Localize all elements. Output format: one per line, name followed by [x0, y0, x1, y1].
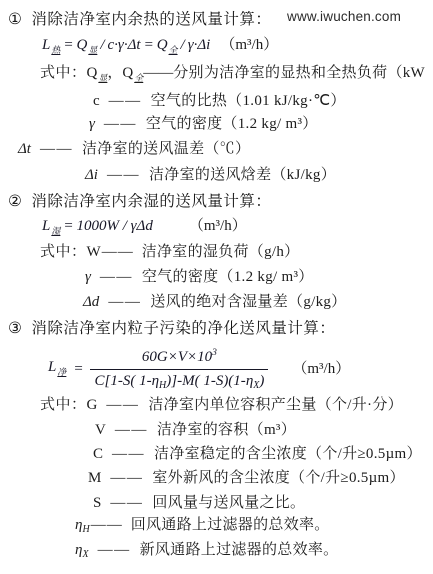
- divide-sign: /: [181, 37, 185, 53]
- definition-line-delta-i: Δi——洁净室的送风焓差（kJ/kg）: [85, 166, 336, 185]
- symbol-S: S: [93, 495, 101, 511]
- shizhong-prefix: 式中：: [40, 397, 87, 413]
- dash: ——: [91, 517, 123, 533]
- equals-sign: =: [63, 37, 73, 53]
- description: 室外新风的含尘浓度（个/升≥0.5µm）: [152, 470, 404, 486]
- description: 回风量与送风量之比。: [152, 495, 305, 511]
- fraction-numerator: 60G×V×103: [90, 344, 268, 369]
- symbol-Q-sensible: Q: [87, 65, 98, 81]
- definition-line-c2: C——洁净室稳定的含尘浓度（个/升≥0.5µm）: [93, 445, 422, 464]
- description: 空气的密度（1.2 kg/ m³）: [146, 116, 318, 132]
- section-2-number: ②: [8, 193, 22, 210]
- var-L: L: [42, 218, 50, 234]
- var-Q-sensible: Q: [76, 37, 87, 53]
- description: 洁净室的送风温差（℃）: [82, 141, 250, 157]
- dash: ——: [98, 542, 131, 558]
- definition-line-delta-t: Δt——洁净室的送风温差（℃）: [18, 140, 250, 159]
- dash: ——: [110, 495, 143, 511]
- var-L: L: [42, 37, 50, 53]
- var-eta-h: η: [152, 373, 159, 389]
- definition-line-q: 式中：Q显，Q全——分别为洁净室的显热和全热负荷（kW: [40, 64, 425, 88]
- denominator-part-a: C[1-S( 1-: [94, 373, 151, 389]
- symbol-W: W: [87, 244, 101, 260]
- symbol-gamma: γ: [89, 116, 95, 132]
- description: 洁净室的容积（m³）: [157, 422, 296, 438]
- dash: ——: [143, 65, 173, 81]
- shizhong-prefix: 式中：: [40, 65, 87, 81]
- dash: ——: [100, 269, 133, 285]
- description: 洁净室的送风焓差（kJ/kg）: [149, 167, 336, 183]
- symbol-Q-total: Q: [122, 65, 133, 81]
- formula-unit: （m³/h）: [220, 37, 278, 53]
- denominator-part-c: ): [259, 373, 264, 389]
- section-2-heading: ②消除洁净室内余湿的送风量计算：: [8, 192, 271, 211]
- description: 洁净室内单位容积产尘量（个/升·分）: [148, 397, 403, 413]
- formula-heat-removal: L热=Q显/c·γ·Δt=Q全/γ·Δi（m³/h）: [42, 36, 278, 60]
- dash: ——: [102, 244, 134, 260]
- formula-unit: （m³/h）: [292, 360, 350, 379]
- subscript-re: 热: [51, 45, 60, 55]
- definition-line-w: 式中：W——洁净室的湿负荷（g/h）: [40, 243, 299, 262]
- symbol-C: C: [93, 446, 103, 462]
- description: 空气的比热（1.01 kJ/kg·℃）: [151, 93, 346, 109]
- symbol-delta-i: Δi: [85, 167, 98, 183]
- section-1-title: 消除洁净室内余热的送风量计算：: [31, 11, 271, 28]
- subscript-X: X: [82, 549, 88, 560]
- description: 洁净室的湿负荷（g/h）: [142, 244, 300, 260]
- fraction-denominator: C[1-S( 1-ηH)]-M( 1-S)(1-ηX): [90, 369, 268, 395]
- description: 回风通路上过滤器的总效率。: [131, 517, 330, 533]
- symbol-V: V: [95, 422, 106, 438]
- subscript-quan: 全: [169, 45, 178, 55]
- definition-line-v: V——洁净室的容积（m³）: [95, 421, 296, 440]
- definition-line-m: M——室外新风的含尘浓度（个/升≥0.5µm）: [88, 469, 405, 488]
- description: 洁净室稳定的含尘浓度（个/升≥0.5µm）: [154, 446, 422, 462]
- symbol-delta-t: Δt: [18, 141, 31, 157]
- superscript-3: 3: [212, 348, 217, 358]
- watermark-text: www.iwuchen.com: [287, 9, 401, 24]
- dash: ——: [104, 116, 137, 132]
- definition-line-eta-h: ηH——回风通路上过滤器的总效率。: [75, 516, 330, 539]
- definition-line-gamma: γ——空气的密度（1.2 kg/ m³）: [89, 115, 318, 134]
- divide-sign: /: [100, 37, 104, 53]
- comma: ，: [107, 65, 122, 81]
- dash: ——: [112, 446, 145, 462]
- shizhong-prefix: 式中：: [40, 244, 87, 260]
- definition-line-eta-x: ηX——新风通路上过滤器的总效率。: [75, 541, 338, 564]
- denominator-part-b: )]-M( 1-S)(1-: [166, 373, 246, 389]
- var-L: L: [48, 359, 56, 375]
- description: 空气的密度（1.2 kg/ m³）: [142, 269, 314, 285]
- description: 分别为洁净室的显热和全热负荷（kW: [173, 65, 425, 81]
- subscript-xian: 显: [88, 45, 97, 55]
- equals-sign: =: [63, 218, 73, 234]
- subscript-quan: 全: [134, 73, 143, 83]
- terms-cgdt: c·γ·Δt: [108, 37, 141, 53]
- section-1-heading: ①消除洁净室内余热的送风量计算：: [8, 10, 271, 29]
- formula-body: 1000W / γΔd: [76, 218, 152, 234]
- symbol-M: M: [88, 470, 101, 486]
- dash: ——: [109, 93, 142, 109]
- definition-line-g: 式中：G——洁净室内单位容积产尘量（个/升·分）: [40, 396, 403, 415]
- section-1-number: ①: [8, 11, 22, 28]
- section-3-heading: ③消除洁净室内粒子污染的净化送风量计算：: [8, 319, 335, 338]
- definition-line-c: c——空气的比热（1.01 kJ/kg·℃）: [93, 92, 346, 111]
- dash: ——: [115, 422, 148, 438]
- numerator-terms: 60G×V×10: [142, 349, 212, 365]
- symbol-delta-d: Δd: [83, 294, 99, 310]
- section-2-title: 消除洁净室内余湿的送风量计算：: [31, 193, 271, 210]
- equals-sign: =: [144, 37, 154, 53]
- subscript-jing: 净: [57, 367, 66, 377]
- definition-line-s: S——回风量与送风量之比。: [93, 494, 305, 513]
- dash: ——: [110, 470, 143, 486]
- section-3-title: 消除洁净室内粒子污染的净化送风量计算：: [31, 320, 335, 337]
- definition-line-gamma2: γ——空气的密度（1.2 kg/ m³）: [85, 268, 314, 287]
- formula-moisture-removal: L湿=1000W / γΔd（m³/h）: [42, 217, 247, 241]
- dash: ——: [106, 397, 139, 413]
- description: 新风通路上过滤器的总效率。: [140, 542, 339, 558]
- section-3-number: ③: [8, 320, 22, 337]
- symbol-G: G: [87, 397, 98, 413]
- var-Q-total: Q: [157, 37, 168, 53]
- description: 送风的绝对含湿量差（g/kg）: [150, 294, 346, 310]
- formula-unit: （m³/h）: [189, 218, 247, 234]
- fraction: 60G×V×103C[1-S( 1-ηH)]-M( 1-S)(1-ηX): [90, 344, 268, 395]
- lhs-group: L净: [48, 358, 66, 382]
- subscript-H: H: [82, 524, 89, 535]
- subscript-shi: 湿: [51, 226, 60, 236]
- document-page: www.iwuchen.com ①消除洁净室内余热的送风量计算： L热=Q显/c…: [0, 0, 433, 574]
- definition-line-delta-d: Δd——送风的绝对含湿量差（g/kg）: [83, 293, 346, 312]
- dash: ——: [40, 141, 73, 157]
- dash: ——: [108, 294, 141, 310]
- terms-gdi: γ·Δi: [188, 37, 211, 53]
- dash: ——: [107, 167, 140, 183]
- equals-sign: =: [73, 360, 83, 379]
- symbol-gamma: γ: [85, 269, 91, 285]
- symbol-c: c: [93, 93, 100, 109]
- formula-particle-purification: L净=60G×V×103C[1-S( 1-ηH)]-M( 1-S)(1-ηX)（…: [48, 344, 350, 395]
